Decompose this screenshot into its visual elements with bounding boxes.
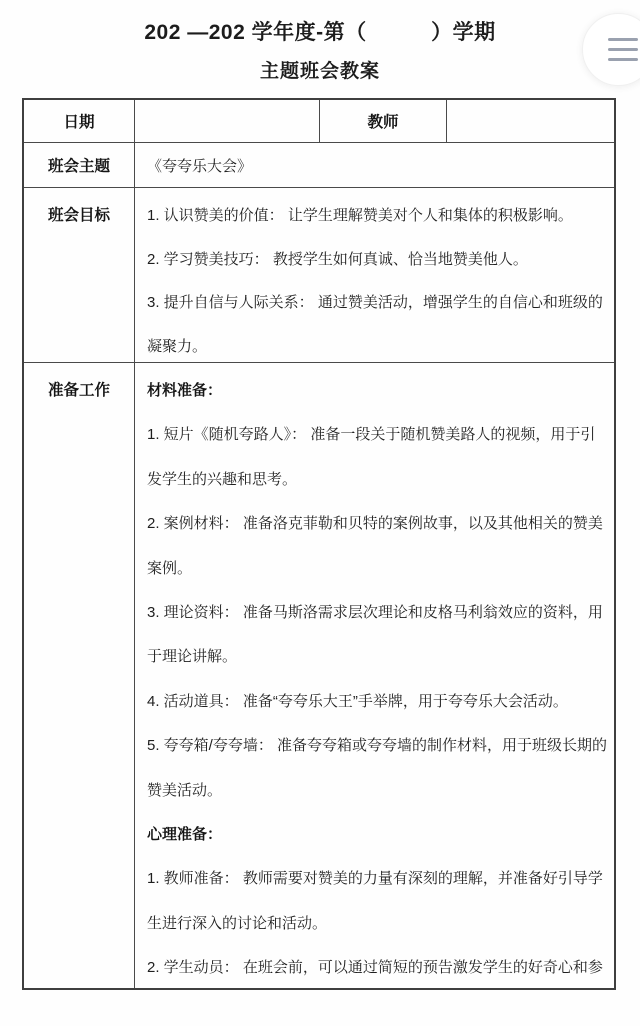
hamburger-icon	[608, 58, 638, 61]
theme-label: 班会主题	[24, 143, 135, 188]
material-item: 5. 夸夸箱/夸夸墙： 准备夸夸箱或夸夸墙的制作材料，用于班级长期的 赞美活动。	[147, 724, 611, 813]
date-value-cell	[135, 100, 320, 143]
prep-label: 准备工作	[24, 363, 135, 988]
hamburger-icon	[608, 48, 638, 51]
goal-item: 2. 学习赞美技巧： 教授学生如何真诚、恰当地赞美他人。	[147, 238, 611, 282]
hamburger-icon	[608, 38, 638, 41]
document-page: 202 —202 学年度-第（ ）学期 主题班会教案 日期 教师 班会主题 《夸…	[0, 0, 640, 1026]
theme-value: 《夸夸乐大会》	[135, 143, 614, 188]
goals-content: 1. 认识赞美的价值： 让学生理解赞美对个人和集体的积极影响。 2. 学习赞美技…	[135, 188, 614, 363]
prep-content: 材料准备： 1. 短片《随机夸路人》： 准备一段关于随机赞美路人的视频，用于引 …	[135, 363, 614, 988]
teacher-value-cell	[447, 100, 614, 143]
goal-item: 1. 认识赞美的价值： 让学生理解赞美对个人和集体的积极影响。	[147, 194, 611, 238]
goals-label: 班会目标	[24, 188, 135, 363]
psych-item: 1. 教师准备： 教师需要对赞美的力量有深刻的理解，并准备好引导学 生进行深入的…	[147, 857, 611, 946]
material-item: 2. 案例材料： 准备洛克菲勒和贝特的案例故事，以及其他相关的赞美 案例。	[147, 502, 611, 591]
goal-item: 3. 提升自信与人际关系： 通过赞美活动，增强学生的自信心和班级的 凝聚力。	[147, 281, 611, 363]
material-item: 4. 活动道具： 准备“夸夸乐大王”手举牌，用于夸夸乐大会活动。	[147, 680, 611, 724]
psych-prep-heading: 心理准备：	[147, 813, 611, 857]
psych-item: 2. 学生动员： 在班会前，可以通过简短的预告激发学生的好奇心和参	[147, 946, 611, 988]
page-subtitle: 主题班会教案	[0, 54, 640, 90]
material-item: 1. 短片《随机夸路人》： 准备一段关于随机赞美路人的视频，用于引 发学生的兴趣…	[147, 413, 611, 502]
lesson-plan-table: 日期 教师 班会主题 《夸夸乐大会》 班会目标 1. 认识赞美的价值： 让学生理…	[22, 98, 616, 990]
date-label: 日期	[24, 100, 135, 143]
teacher-label: 教师	[320, 100, 447, 143]
material-item: 3. 理论资料： 准备马斯洛需求层次理论和皮格马利翁效应的资料，用 于理论讲解。	[147, 591, 611, 680]
material-prep-heading: 材料准备：	[147, 369, 611, 413]
page-title: 202 —202 学年度-第（ ）学期	[0, 14, 640, 52]
